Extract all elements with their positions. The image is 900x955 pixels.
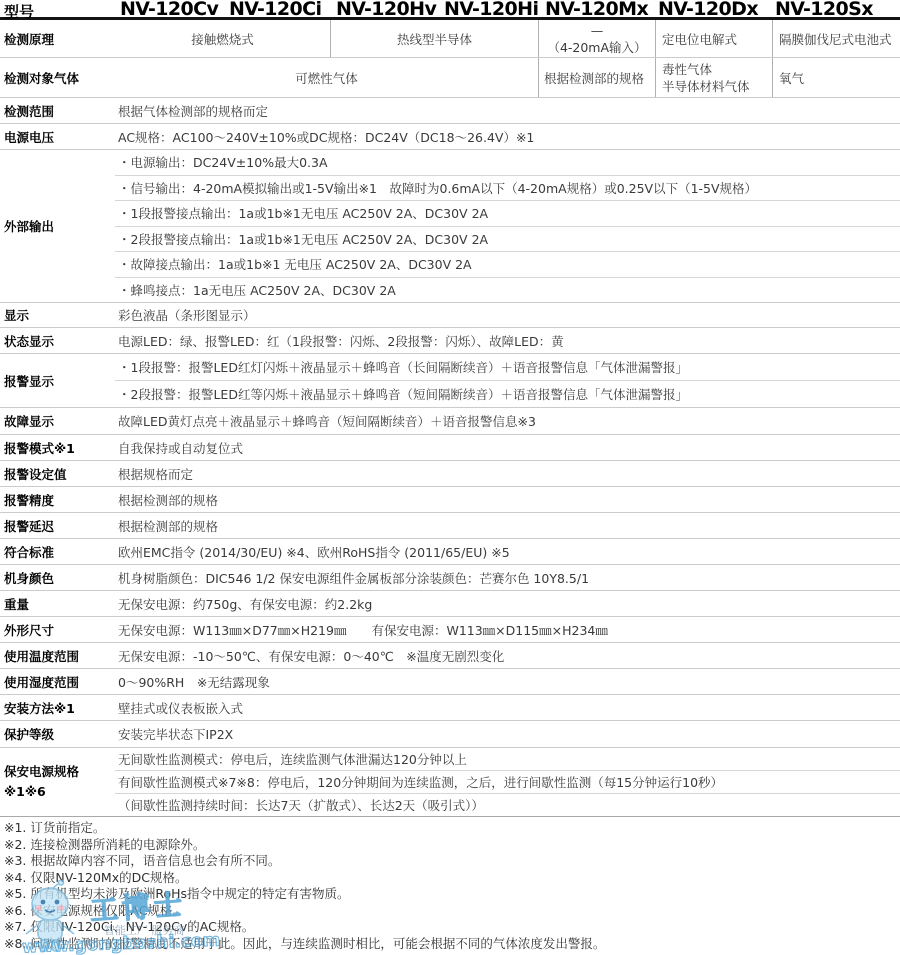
sub-rows: ・电源输出：DC24V±10%最大0.3A ・信号输出：4-20mA模拟输出或1…	[115, 150, 900, 302]
output-line: ・1段报警接点输出：1a或1b※1无电压 AC250V 2A、DC30V 2A	[115, 201, 900, 227]
spec-value: 安装完毕状态下IP2X	[115, 721, 900, 747]
spec-label: 报警设定值	[0, 461, 115, 486]
spec-label: 符合标准	[0, 539, 115, 564]
backup-power-line: （间歇性监测持续时间：长达7天（扩散式）、长达2天（吸引式））	[115, 794, 900, 816]
footnote-3: ※3. 根据故障内容不同，语音信息也会有所不同。	[4, 853, 900, 870]
spec-row-alarm-setpoint: 报警设定值 根据规格而定	[0, 461, 900, 487]
backup-power-line: 有间歇性监测模式※7※8：停电后，120分钟期间为连续监测，之后，进行间歇性监测…	[115, 771, 900, 794]
spec-value: 欧州EMC指令 (2014/30/EU) ※4、欧州RoHS指令 (2011/6…	[115, 539, 900, 564]
spec-value: 根据检测部的规格	[115, 487, 900, 512]
spec-label: 保安电源规格 ※1※6	[0, 748, 115, 816]
spec-label: 保护等级	[0, 721, 115, 747]
cell-sx: 氧气	[772, 58, 900, 97]
spec-value: 根据气体检测部的规格而定	[115, 98, 900, 123]
model-name-nv120ci: NV-120Ci	[229, 0, 321, 20]
spec-row-mounting-method: 安装方法※1 壁挂式或仪表板嵌入式	[0, 695, 900, 721]
output-line: ・2段报警接点输出：1a或1b※1无电压 AC250V 2A、DC30V 2A	[115, 227, 900, 253]
spec-row-protection-rating: 保护等级 安装完毕状态下IP2X	[0, 721, 900, 748]
spec-value: 无保安电源：-10～50℃、有保安电源：0～40℃ ※温度无剧烈变化	[115, 643, 900, 668]
spec-value: 根据规格而定	[115, 461, 900, 486]
spec-row-standards: 符合标准 欧州EMC指令 (2014/30/EU) ※4、欧州RoHS指令 (2…	[0, 539, 900, 565]
spec-value: 自我保持或自动复位式	[115, 435, 900, 460]
spec-row-display: 显示 彩色液晶（条形图显示）	[0, 303, 900, 328]
spec-value: 0～90%RH ※无结露现象	[115, 669, 900, 694]
spec-label: 检测原理	[0, 20, 115, 57]
spec-row-alarm-accuracy: 报警精度 根据检测部的规格	[0, 487, 900, 513]
model-row-label: 型号	[4, 1, 34, 22]
spec-label: 报警模式※1	[0, 435, 115, 460]
cell-dx: 定电位电解式	[655, 20, 772, 57]
spec-row-target-gas: 检测对象气体 可燃性气体 根据检测部的规格 毒性气体 半导体材料气体 氧气	[0, 58, 900, 98]
spec-label: 重量	[0, 591, 115, 616]
spec-value: 故障LED黄灯点亮＋液晶显示＋蜂鸣音（短间隔断续音）＋语音报警信息※3	[115, 408, 900, 434]
cell-mx: — （4-20mA输入）	[538, 20, 655, 57]
spec-value: 电源LED：绿、报警LED：红（1段报警：闪烁、2段报警：闪烁）、故障LED：黄	[115, 328, 900, 353]
spec-value: 根据检测部的规格	[115, 513, 900, 538]
spec-row-backup-power: 保安电源规格 ※1※6 无间歇性监测模式：停电后，连续监测气体泄漏达120分钟以…	[0, 748, 900, 817]
cell-sx: 隔膜伽伐尼式电池式	[772, 20, 900, 57]
spec-label: 安装方法※1	[0, 695, 115, 720]
spec-label: 外部输出	[0, 150, 115, 302]
spec-row-weight: 重量 无保安电源：约750g、有保安电源：约2.2kg	[0, 591, 900, 617]
spec-label: 使用温度范围	[0, 643, 115, 668]
footnote-2: ※2. 连接检测器所消耗的电源除外。	[4, 837, 900, 854]
model-name-nv120cv: NV-120Cv	[120, 0, 218, 20]
spec-row-alarm-delay: 报警延迟 根据检测部的规格	[0, 513, 900, 539]
spec-row-alarm-display: 报警显示 ・1段报警：报警LED红灯闪烁＋液晶显示＋蜂鸣音（长间隔断续音）＋语音…	[0, 354, 900, 408]
cell-mx-line2: （4-20mA输入）	[547, 39, 646, 56]
spec-row-power-voltage: 电源电压 AC规格：AC100～240V±10%或DC规格：DC24V（DC18…	[0, 124, 900, 150]
spec-value: 壁挂式或仪表板嵌入式	[115, 695, 900, 720]
spec-label: 检测范围	[0, 98, 115, 123]
cell-hv-hi: 热线型半导体	[330, 20, 538, 57]
spec-row-temperature-range: 使用温度范围 无保安电源：-10～50℃、有保安电源：0～40℃ ※温度无剧烈变…	[0, 643, 900, 669]
spec-label: 机身颜色	[0, 565, 115, 590]
sub-rows: 无间歇性监测模式：停电后，连续监测气体泄漏达120分钟以上 有间歇性监测模式※7…	[115, 748, 900, 816]
cell-cv-hi: 可燃性气体	[115, 58, 538, 97]
spec-label: 使用湿度范围	[0, 669, 115, 694]
footnote-4: ※4. 仅限NV-120Mx的DC规格。	[4, 870, 900, 887]
spec-label: 报警显示	[0, 354, 115, 407]
spec-row-alarm-mode: 报警模式※1 自我保持或自动复位式	[0, 435, 900, 461]
spec-row-status-display: 状态显示 电源LED：绿、报警LED：红（1段报警：闪烁、2段报警：闪烁）、故障…	[0, 328, 900, 354]
spec-row-body-color: 机身颜色 机身树脂颜色：DIC546 1/2 保安电源组件金属板部分涂装颜色：芒…	[0, 565, 900, 591]
model-name-nv120hi: NV-120Hi	[444, 0, 538, 20]
model-name-nv120mx: NV-120Mx	[545, 0, 648, 20]
spec-label: 显示	[0, 303, 115, 327]
spec-value: 彩色液晶（条形图显示）	[115, 303, 900, 327]
spec-value: 无保安电源：W113㎜×D77㎜×H219㎜ 有保安电源：W113㎜×D115㎜…	[115, 617, 900, 642]
cell-mx: 根据检测部的规格	[538, 58, 655, 97]
model-name-nv120sx: NV-120Sx	[775, 0, 873, 20]
spec-label: 检测对象气体	[0, 58, 115, 97]
spec-row-detection-range: 检测范围 根据气体检测部的规格而定	[0, 98, 900, 124]
cell-dx-line1: 毒性气体	[662, 61, 712, 78]
cell-cv-ci: 接触燃烧式	[115, 20, 330, 57]
footnotes: ※1. 订货前指定。 ※2. 连接检测器所消耗的电源除外。 ※3. 根据故障内容…	[0, 817, 900, 952]
cell-mx-line1: —	[591, 22, 604, 39]
spec-label: 报警精度	[0, 487, 115, 512]
model-name-nv120hv: NV-120Hv	[336, 0, 436, 20]
spec-row-dimensions: 外形尺寸 无保安电源：W113㎜×D77㎜×H219㎜ 有保安电源：W113㎜×…	[0, 617, 900, 643]
spec-row-detection-principle: 检测原理 接触燃烧式 热线型半导体 — （4-20mA输入） 定电位电解式 隔膜…	[0, 20, 900, 58]
spec-row-humidity-range: 使用湿度范围 0～90%RH ※无结露现象	[0, 669, 900, 695]
spec-row-external-output: 外部输出 ・电源输出：DC24V±10%最大0.3A ・信号输出：4-20mA模…	[0, 150, 900, 303]
alarm-display-line: ・2段报警：报警LED红等闪烁＋液晶显示＋蜂鸣音（短间隔断续音）＋语音报警信息「…	[115, 381, 900, 407]
spec-label: 状态显示	[0, 328, 115, 353]
output-line: ・电源输出：DC24V±10%最大0.3A	[115, 150, 900, 176]
alarm-display-line: ・1段报警：报警LED红灯闪烁＋液晶显示＋蜂鸣音（长间隔断续音）＋语音报警信息「…	[115, 354, 900, 381]
spec-label-line1: 保安电源规格	[4, 762, 79, 782]
footnote-8: ※8. 间歇性监测时的报警精度不适用于此。因此，与连续监测时相比，可能会根据不同…	[4, 936, 900, 953]
backup-power-line: 无间歇性监测模式：停电后，连续监测气体泄漏达120分钟以上	[115, 748, 900, 771]
spec-label: 故障显示	[0, 408, 115, 434]
footnote-1: ※1. 订货前指定。	[4, 820, 900, 837]
spec-value: 无保安电源：约750g、有保安电源：约2.2kg	[115, 591, 900, 616]
spec-label: 电源电压	[0, 124, 115, 149]
spec-sheet-page: 型号 NV-120Cv NV-120Ci NV-120Hv NV-120Hi N…	[0, 0, 900, 955]
spec-row-fault-display: 故障显示 故障LED黄灯点亮＋液晶显示＋蜂鸣音（短间隔断续音）＋语音报警信息※3	[0, 408, 900, 435]
footnote-6: ※6. 保安电源规格仅限AC规格。	[4, 903, 900, 920]
spec-label-line2: ※1※6	[4, 782, 46, 802]
output-line: ・信号输出：4-20mA模拟输出或1-5V输出※1 故障时为0.6mA以下（4-…	[115, 176, 900, 202]
footnote-7: ※7. 仅限NV-120Ci、NV-120Cv的AC规格。	[4, 919, 900, 936]
spec-value: 机身树脂颜色：DIC546 1/2 保安电源组件金属板部分涂装颜色：芒赛尔色 1…	[115, 565, 900, 590]
model-header-row: 型号 NV-120Cv NV-120Ci NV-120Hv NV-120Hi N…	[0, 0, 900, 20]
model-name-nv120dx: NV-120Dx	[658, 0, 758, 20]
spec-value: AC规格：AC100～240V±10%或DC规格：DC24V（DC18～26.4…	[115, 124, 900, 149]
spec-label: 报警延迟	[0, 513, 115, 538]
sub-rows: ・1段报警：报警LED红灯闪烁＋液晶显示＋蜂鸣音（长间隔断续音）＋语音报警信息「…	[115, 354, 900, 407]
cell-dx: 毒性气体 半导体材料气体	[655, 58, 772, 97]
footnote-5: ※5. 所有机型均未涉及欧洲RoHs指令中规定的特定有害物质。	[4, 886, 900, 903]
cell-dx-line2: 半导体材料气体	[662, 78, 750, 95]
output-line: ・蜂鸣接点：1a无电压 AC250V 2A、DC30V 2A	[115, 278, 900, 303]
spec-label: 外形尺寸	[0, 617, 115, 642]
output-line: ・故障接点输出：1a或1b※1 无电压 AC250V 2A、DC30V 2A	[115, 252, 900, 278]
